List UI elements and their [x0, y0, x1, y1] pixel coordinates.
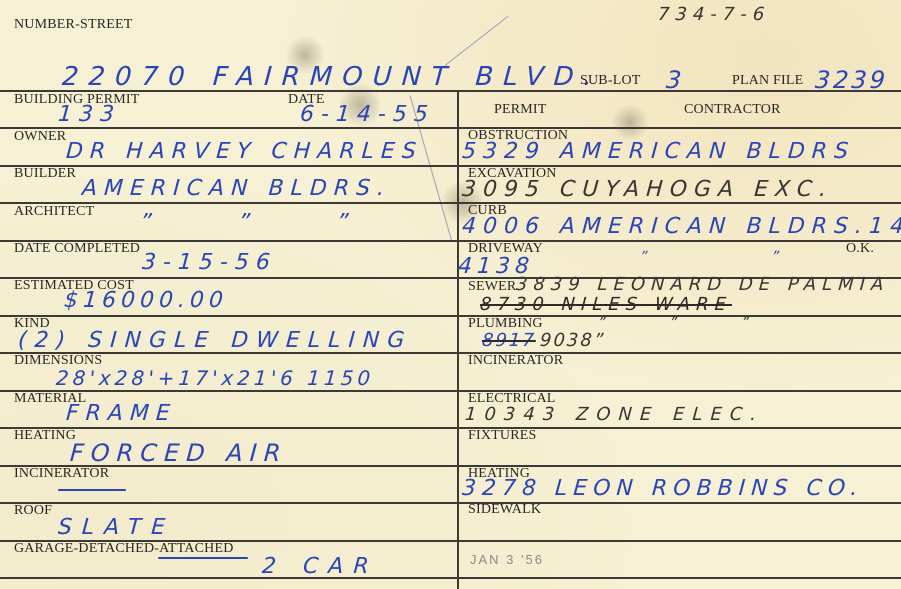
electrical-value: 10343 ZONE ELEC. — [464, 406, 764, 424]
obstruction-value: 5329 AMERICAN BLDRS — [461, 141, 856, 163]
incinerator-label: INCINERATOR — [14, 467, 109, 481]
sub-lot-value: 3 — [665, 68, 689, 92]
excavation-value: 3095 CUYAHOGA EXC. — [461, 179, 834, 201]
rule — [0, 427, 901, 429]
rule — [0, 165, 901, 167]
plumbing-ditto: ” ” ” — [598, 316, 780, 330]
plan-file-value: 3239 — [814, 68, 889, 92]
plan-file-label: PLAN FILE — [732, 74, 803, 88]
garage-value: 2 CAR — [261, 556, 379, 578]
incinerator-permit-label: INCINERATOR — [468, 354, 563, 368]
builder-value: AMERICAN BLDRS. — [81, 178, 392, 200]
plumbing-value: 9038” — [539, 332, 605, 350]
rule — [0, 390, 901, 392]
estimated-cost-value: $16000.00 — [63, 290, 229, 312]
material-value: FRAME — [65, 403, 177, 425]
driveway-ok-note: O.K. — [846, 242, 874, 256]
sewer-label: SEWER — [468, 280, 516, 294]
rule — [0, 502, 901, 504]
rule — [0, 202, 901, 204]
dimensions-value: 28'x28'+17'x21'6 1150 — [55, 368, 375, 388]
kind-value: (2) SINGLE DWELLING — [17, 330, 413, 352]
permit-date-value: 6-14-55 — [299, 104, 435, 126]
heating-label: HEATING — [14, 429, 76, 443]
builder-label: BUILDER — [14, 167, 76, 181]
driveway-ditto: ” ” — [640, 250, 840, 264]
permit-column-header: PERMIT — [494, 103, 547, 117]
file-number: 734-7-6 — [657, 6, 771, 24]
plumbing-label: PLUMBING — [468, 317, 543, 331]
plumbing-struck-value: 8917 — [481, 332, 536, 350]
owner-label: OWNER — [14, 130, 66, 144]
curb-value: 4006 AMERICAN BLDRS.14 — [461, 216, 901, 238]
architect-value: ” ” ” — [139, 212, 389, 234]
contractor-column-header: CONTRACTOR — [684, 103, 781, 117]
building-record-card: 734-7-6 NUMBER-STREET 22070 FAIRMOUNT BL… — [0, 0, 901, 589]
sewer-value: 3839 LEONARD DE PALMIA — [515, 276, 890, 294]
fixtures-label: FIXTURES — [468, 429, 537, 443]
stain — [610, 105, 650, 140]
sidewalk-label: SIDEWALK — [468, 503, 541, 517]
rule — [0, 577, 901, 579]
date-stamp: JAN 3 '56 — [470, 552, 544, 567]
stray-pen-mark — [445, 16, 509, 66]
heating-value: FORCED AIR — [69, 441, 288, 465]
heating-permit-value: 3278 LEON ROBBINS CO. — [461, 478, 864, 500]
blank-dash-mark — [58, 489, 126, 491]
sewer-struck-value: 8730 NILES WARE — [479, 296, 732, 314]
roof-value: SLATE — [57, 517, 176, 539]
address-value: 22070 FAIRMOUNT BLVD. — [61, 64, 603, 90]
rule — [0, 127, 901, 129]
date-completed-label: DATE COMPLETED — [14, 242, 140, 256]
building-permit-value: 133 — [57, 104, 122, 126]
number-street-label: NUMBER-STREET — [14, 18, 133, 32]
attached-underline-mark — [158, 557, 248, 559]
garage-label: GARAGE-DETACHED-ATTACHED — [14, 542, 234, 556]
owner-value: DR HARVEY CHARLES — [65, 141, 423, 163]
date-completed-value: 3-15-56 — [141, 252, 277, 274]
sub-lot-label: SUB-LOT — [580, 74, 641, 88]
architect-label: ARCHITECT — [14, 205, 94, 219]
roof-label: ROOF — [14, 504, 52, 518]
